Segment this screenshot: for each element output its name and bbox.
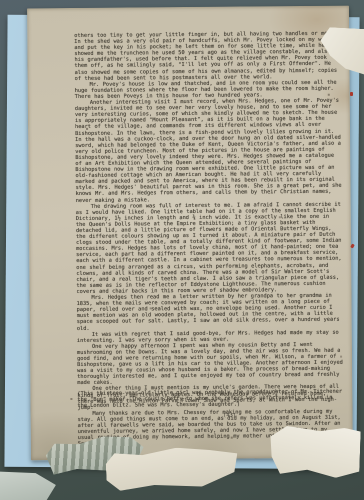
paragraph: One very happy afternoon I spent was whe… xyxy=(77,341,343,386)
dust-specks xyxy=(27,8,29,10)
torn-tape-bottom-right xyxy=(269,425,361,478)
paragraph: others too tiny to get your little finge… xyxy=(74,31,340,82)
scanned-album-photo: others too tiny to get your little finge… xyxy=(0,0,364,500)
paper-scrap-bottom-corner xyxy=(0,469,57,500)
typescript-page: others too tiny to get your little finge… xyxy=(27,6,353,461)
typed-body-text: others too tiny to get your little finge… xyxy=(74,31,344,448)
editor-footnote: (This thirteen-year-old little girl was … xyxy=(77,389,343,410)
red-fiber-speck xyxy=(350,92,353,96)
paragraph: Mr. Povey's house is low and thatched, a… xyxy=(75,79,341,100)
paragraph: Mrs. Hedges then read me a letter writte… xyxy=(77,293,343,332)
paragraph: The drawing room was full of interest to… xyxy=(76,201,343,295)
paragraph: Another interesting visit I must record,… xyxy=(75,98,342,204)
